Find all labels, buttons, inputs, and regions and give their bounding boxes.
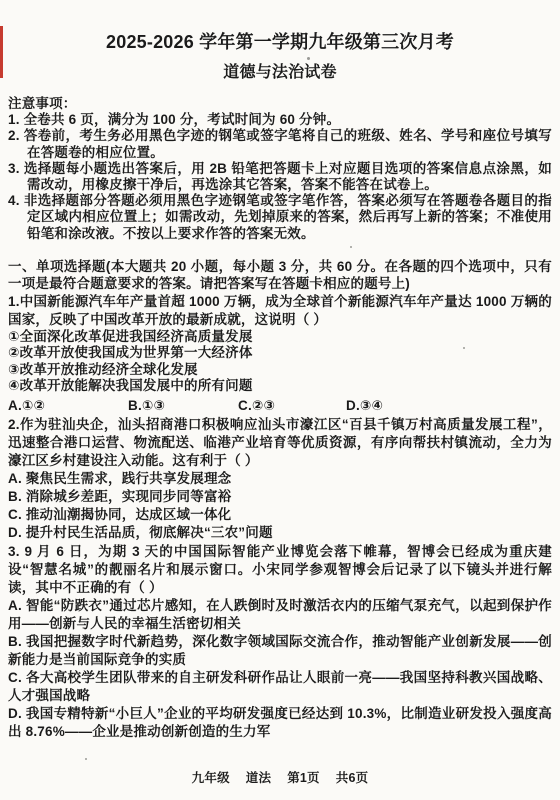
question-1-choice-row: A.①② B.①③ C.②③ D.③④ xyxy=(8,396,552,415)
exam-paper-page: 2025-2026 学年第一学期九年级第三次月考 道德与法治试卷 注意事项： 1… xyxy=(0,0,560,800)
question-1-choice-b: B.①③ xyxy=(128,396,238,415)
question-1-statement-3: ③改革开放推动经济全球化发展 xyxy=(8,362,552,379)
question-2-choice-c: C. 推动汕潮揭协同，达成区域一体化 xyxy=(8,506,552,524)
question-2-stem: 2.作为驻汕央企，汕头招商港口积极响应汕头市濠江区“百县千镇万村高质量发展工程”… xyxy=(8,416,552,470)
exam-subtitle: 道德与法治试卷 xyxy=(8,63,552,83)
question-2-choice-b: B. 消除城乡差距，实现同步同等富裕 xyxy=(8,488,552,506)
question-3-choice-a: A. 智能“防跌衣”通过芯片感知，在人跌倒时及时激活衣内的压缩气泵充气，以起到保… xyxy=(8,597,552,633)
footer-subject: 道法 xyxy=(246,771,271,785)
question-2-choice-d: D. 提升村民生活品质，彻底解决“三农”问题 xyxy=(8,524,552,542)
question-2-choice-a: A. 聚焦民生需求，践行共享发展理念 xyxy=(8,470,552,488)
question-1-choice-d: D.③④ xyxy=(346,396,383,415)
question-1-stem: 1.中国新能源汽车年产量首超 1000 万辆，成为全球首个新能源汽车年产量达 1… xyxy=(8,293,552,329)
section-title: 一、单项选择题(本大题共 20 小题，每小题 3 分，共 60 分。在各题的四个… xyxy=(8,258,552,292)
question-3-choice-c: C. 各大高校学生团队带来的自主研发科研作品让人眼前一亮——我国坚持科教兴国战略… xyxy=(8,669,552,705)
footer-page-number: 第1页 xyxy=(287,771,320,785)
question-3: 3. 9 月 6 日，为期 3 天的中国国际智能产业博览会落下帷幕，智博会已经成… xyxy=(8,543,552,741)
question-1-choice-a: A.①② xyxy=(8,396,128,415)
question-3-stem: 3. 9 月 6 日，为期 3 天的中国国际智能产业博览会落下帷幕，智博会已经成… xyxy=(8,543,552,597)
notice-item-3: 3. 选择题每小题选出答案后，用 2B 铅笔把答题卡上对应题目选项的答案信息点涂… xyxy=(8,161,552,193)
notice-section: 注意事项： 1. 全卷共 6 页，满分为 100 分，考试时间为 60 分钟。 … xyxy=(8,96,552,242)
footer-page-total: 共6页 xyxy=(336,771,369,785)
question-1-statement-4: ④改革开放能解决我国发展中的所有问题 xyxy=(8,378,552,395)
question-1-choice-c: C.②③ xyxy=(238,396,346,415)
question-1: 1.中国新能源汽车年产量首超 1000 万辆，成为全球首个新能源汽车年产量达 1… xyxy=(8,293,552,415)
question-1-statement-2: ②改革开放使我国成为世界第一大经济体 xyxy=(8,345,552,362)
question-3-choice-b: B. 我国把握数字时代新趋势，深化数字领域国际交流合作，推动智能产业创新发展——… xyxy=(8,633,552,669)
scan-speck xyxy=(463,347,465,349)
scan-speck xyxy=(350,246,352,248)
scan-artifact-red-mark xyxy=(0,26,3,78)
notice-item-2: 2. 答卷前，考生务必用黑色字迹的钢笔或签字笔将自己的班级、姓名、学号和座位号填… xyxy=(8,128,552,160)
exam-title: 2025-2026 学年第一学期九年级第三次月考 xyxy=(8,30,552,54)
page-footer: 九年级道法第1页共6页 xyxy=(0,768,560,786)
notice-item-1: 1. 全卷共 6 页，满分为 100 分，考试时间为 60 分钟。 xyxy=(8,112,552,128)
scan-speck xyxy=(85,758,87,760)
notice-heading: 注意事项： xyxy=(8,96,552,112)
scan-speck xyxy=(307,57,310,60)
multiple-choice-section: 一、单项选择题(本大题共 20 小题，每小题 3 分，共 60 分。在各题的四个… xyxy=(8,258,552,741)
notice-item-4: 4. 非选择题部分答题必须用黑色字迹钢笔或签字笔作答，答案必须写在答题卷各题目的… xyxy=(8,193,552,242)
question-3-choice-d: D. 我国专精特新“小巨人”企业的平均研发强度已经达到 10.3%，比制造业研发… xyxy=(8,705,552,741)
question-2: 2.作为驻汕央企，汕头招商港口积极响应汕头市濠江区“百县千镇万村高质量发展工程”… xyxy=(8,416,552,542)
footer-grade: 九年级 xyxy=(192,771,230,785)
question-1-statement-1: ①全面深化改革促进我国经济高质量发展 xyxy=(8,329,552,346)
